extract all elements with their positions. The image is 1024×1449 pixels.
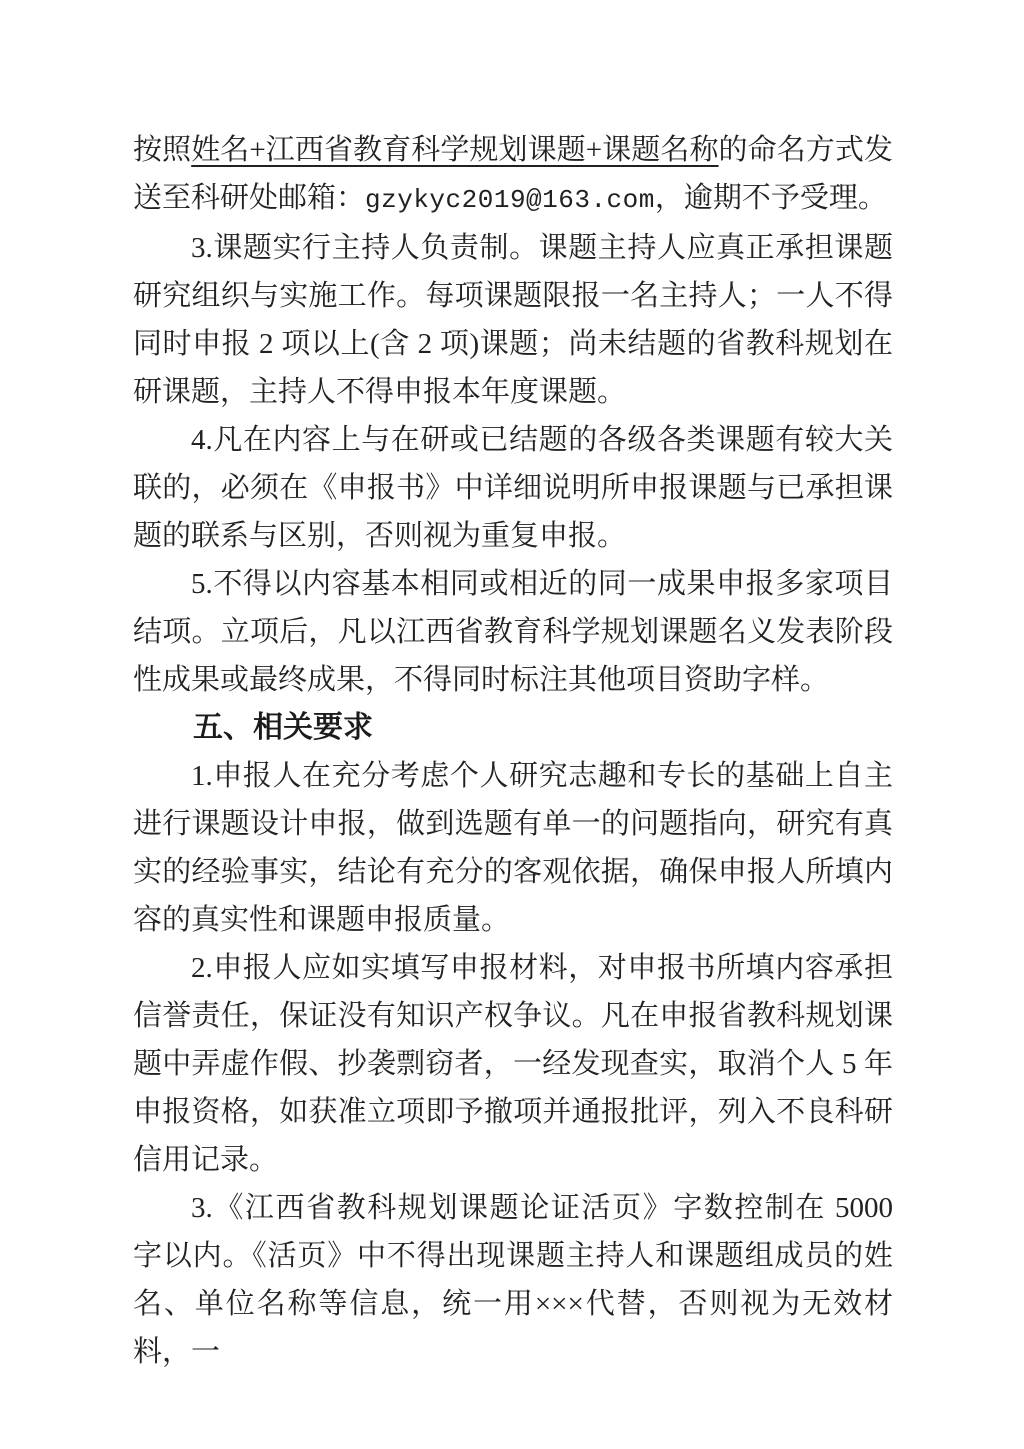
paragraph-req-2-integrity: 2.申报人应如实填写申报材料，对申报书所填内容承担信誉责任，保证没有知识产权争议…	[133, 944, 893, 1184]
text-run: ，逾期不予受理。	[655, 182, 887, 214]
paragraph-req-3-word-limit: 3.《江西省教科规划课题论证活页》字数控制在 5000 字以内。《活页》中不得出…	[133, 1184, 893, 1376]
paragraph-email-naming-rule: 按照姓名+江西省教育科学规划课题+课题名称的命名方式发送至科研处邮箱：gzyky…	[133, 126, 893, 224]
section-heading-related-requirements: 五、相关要求	[133, 704, 893, 752]
document-page: 按照姓名+江西省教育科学规划课题+课题名称的命名方式发送至科研处邮箱：gzyky…	[0, 0, 1024, 1449]
underlined-naming-format: 姓名+江西省教育科学规划课题+课题名称	[191, 134, 718, 166]
email-address: gzykyc2019@163.com	[365, 185, 655, 215]
paragraph-item-3-host-responsibility: 3.课题实行主持人负责制。课题主持人应真正承担课题研究组织与实施工作。每项课题限…	[133, 224, 893, 416]
paragraph-req-1-independent-design: 1.申报人在充分考虑个人研究志趣和专长的基础上自主进行课题设计申报，做到选题有单…	[133, 752, 893, 944]
paragraph-item-4-related-projects: 4.凡在内容上与在研或已结题的各级各类课题有较大关联的，必须在《申报书》中详细说…	[133, 416, 893, 560]
paragraph-item-5-duplicate-results: 5.不得以内容基本相同或相近的同一成果申报多家项目结项。立项后，凡以江西省教育科…	[133, 560, 893, 704]
text-run: 按照	[133, 134, 191, 166]
document-body: 按照姓名+江西省教育科学规划课题+课题名称的命名方式发送至科研处邮箱：gzyky…	[133, 126, 893, 1376]
